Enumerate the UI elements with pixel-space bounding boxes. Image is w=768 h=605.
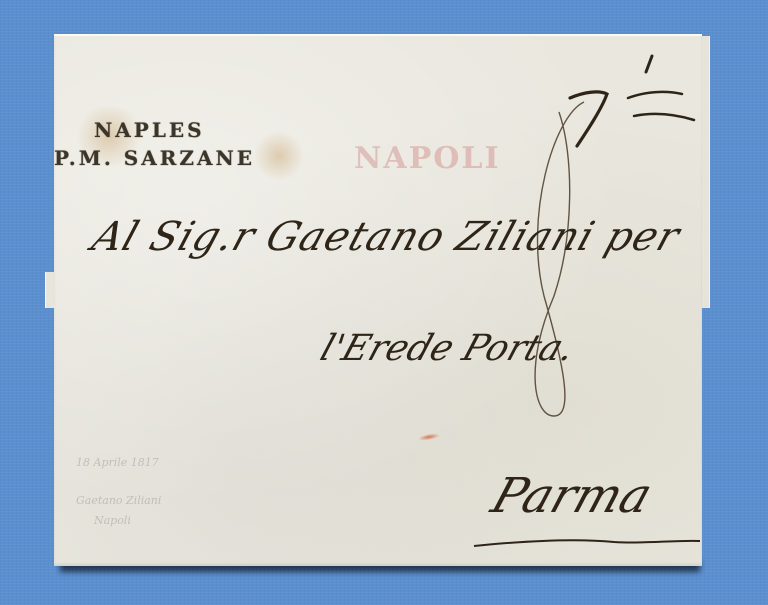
postal-cover: NAPLES P.M. SARZANE NAPOLI 18 Aprile 181… xyxy=(54,34,702,566)
address-destination: Parma xyxy=(485,468,659,524)
address-line-1: Al Sig.r Gaetano Ziliani per xyxy=(87,214,686,260)
address-line-2: l'Erede Porta. xyxy=(315,328,579,369)
